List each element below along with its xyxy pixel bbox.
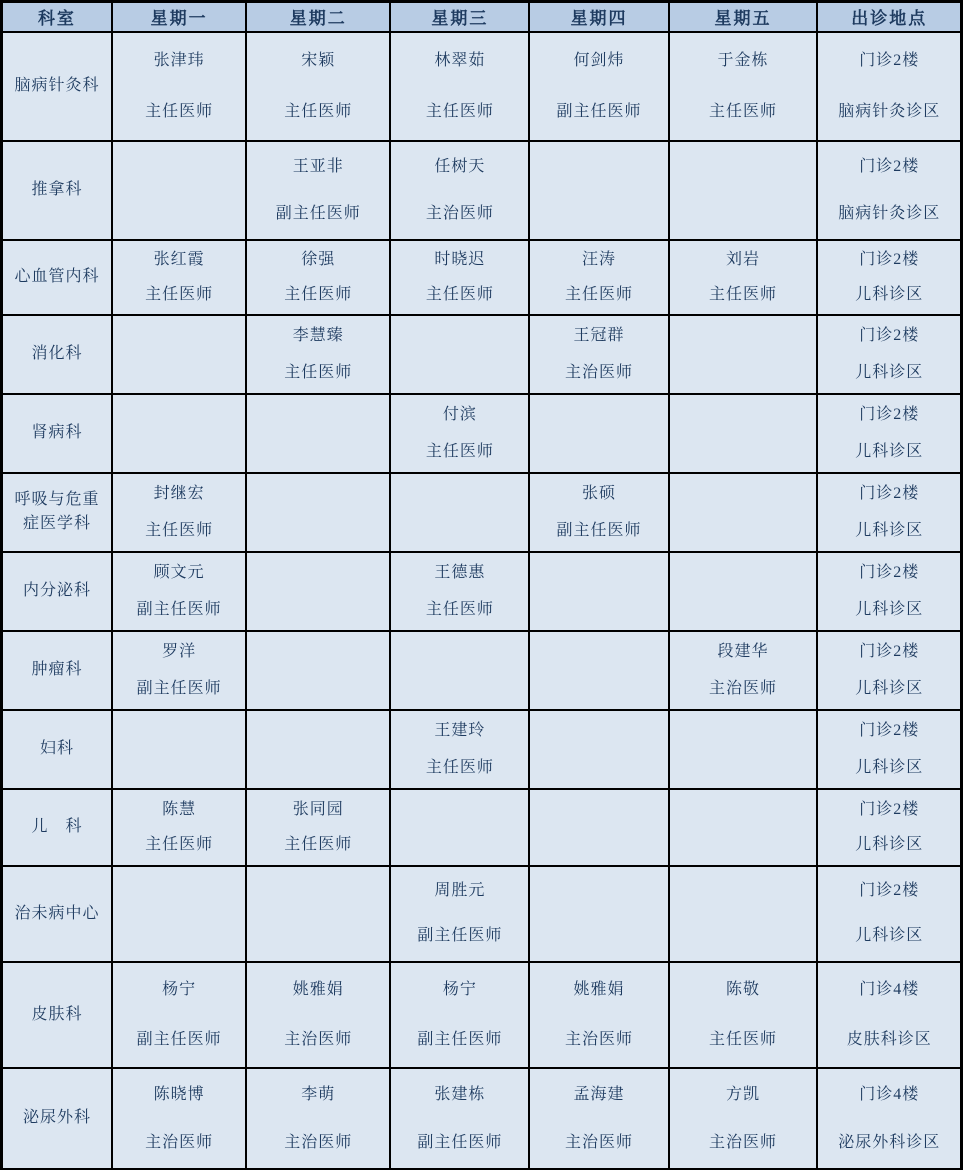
doctor-cell: 姚雅娟主治医师 [246,962,390,1068]
doctor-name: 王冠群 [574,326,625,345]
doctor-name: 张津玮 [154,51,205,70]
location-floor: 门诊2楼 [859,405,919,424]
doctor-title: 主任医师 [426,102,494,121]
doctor-cell: 周胜元副主任医师 [390,866,529,962]
table-row: 消化科李慧臻主任医师王冠群主治医师门诊2楼儿科诊区 [2,315,962,394]
dept-cell: 呼吸与危重症医学科 [2,473,112,552]
empty-cell [669,394,818,473]
doctor-cell: 杨宁副主任医师 [112,962,246,1068]
header-cell-wednesday: 星期三 [390,2,529,32]
doctor-title: 副主任医师 [276,204,361,223]
empty-cell [669,552,818,631]
location-area: 儿科诊区 [855,926,923,945]
table-row: 肿瘤科罗洋副主任医师段建华主治医师门诊2楼儿科诊区 [2,631,962,710]
doctor-cell: 刘岩主任医师 [669,240,818,315]
dept-label: 皮肤科 [3,1003,111,1027]
location-floor: 门诊4楼 [859,1085,919,1104]
table-row: 皮肤科杨宁副主任医师姚雅娟主治医师杨宁副主任医师姚雅娟主治医师陈敬主任医师门诊4… [2,962,962,1068]
location-cell: 门诊2楼儿科诊区 [817,552,961,631]
doctor-title: 主任医师 [145,835,213,854]
dept-cell: 儿 科 [2,789,112,866]
doctor-title: 副主任医师 [137,600,222,619]
doctor-title: 主治医师 [565,1133,633,1152]
dept-label: 儿 科 [3,815,111,839]
table-row: 脑病针灸科张津玮主任医师宋颖主任医师林翠茹主任医师何剑炜副主任医师于金栋主任医师… [2,32,962,141]
empty-cell [246,710,390,789]
doctor-name: 姚雅娟 [574,980,625,999]
empty-cell [390,631,529,710]
doctor-cell: 王德惠主任医师 [390,552,529,631]
header-row: 科室 星期一 星期二 星期三 星期四 星期五 出诊地点 [2,2,962,32]
doctor-cell: 王冠群主治医师 [529,315,668,394]
empty-cell [112,315,246,394]
doctor-cell: 李慧臻主任医师 [246,315,390,394]
doctor-cell: 徐强主任医师 [246,240,390,315]
empty-cell [669,710,818,789]
table-row: 呼吸与危重症医学科封继宏主任医师张硕副主任医师门诊2楼儿科诊区 [2,473,962,552]
empty-cell [529,789,668,866]
location-area: 儿科诊区 [855,285,923,304]
doctor-name: 李萌 [301,1085,335,1104]
doctor-cell: 王建玲主任医师 [390,710,529,789]
doctor-name: 王亚非 [293,157,344,176]
doctor-title: 主治医师 [284,1030,352,1049]
location-cell: 门诊2楼儿科诊区 [817,710,961,789]
doctor-name: 张红霞 [154,250,205,269]
dept-cell: 肾病科 [2,394,112,473]
doctor-cell: 王亚非副主任医师 [246,141,390,240]
header-cell-friday: 星期五 [669,2,818,32]
location-floor: 门诊2楼 [859,157,919,176]
doctor-title: 主治医师 [709,1133,777,1152]
dept-cell: 消化科 [2,315,112,394]
doctor-title: 主治医师 [565,1030,633,1049]
empty-cell [246,631,390,710]
doctor-title: 主任医师 [284,285,352,304]
doctor-title: 副主任医师 [137,679,222,698]
location-floor: 门诊2楼 [859,721,919,740]
location-cell: 门诊2楼儿科诊区 [817,240,961,315]
header-cell-monday: 星期一 [112,2,246,32]
doctor-title: 主治医师 [565,363,633,382]
location-floor: 门诊2楼 [859,250,919,269]
location-area: 脑病针灸诊区 [838,102,940,121]
location-floor: 门诊2楼 [859,881,919,900]
header-cell-thursday: 星期四 [529,2,668,32]
empty-cell [669,866,818,962]
doctor-name: 付滨 [443,405,477,424]
dept-cell: 推拿科 [2,141,112,240]
doctor-title: 主治医师 [145,1133,213,1152]
dept-label: 心血管内科 [3,265,111,289]
dept-cell: 皮肤科 [2,962,112,1068]
doctor-cell: 陈慧主任医师 [112,789,246,866]
doctor-cell: 林翠茹主任医师 [390,32,529,141]
dept-label: 泌尿外科 [3,1106,111,1130]
location-cell: 门诊2楼儿科诊区 [817,866,961,962]
location-cell: 门诊2楼脑病针灸诊区 [817,32,961,141]
doctor-cell: 何剑炜副主任医师 [529,32,668,141]
schedule-page: 科室 星期一 星期二 星期三 星期四 星期五 出诊地点 脑病针灸科张津玮主任医师… [0,0,965,1170]
doctor-title: 主任医师 [145,521,213,540]
doctor-title: 主任医师 [145,285,213,304]
location-area: 儿科诊区 [855,835,923,854]
doctor-cell: 张硕副主任医师 [529,473,668,552]
header-cell-location: 出诊地点 [817,2,961,32]
doctor-name: 李慧臻 [293,326,344,345]
doctor-title: 主任医师 [284,363,352,382]
doctor-title: 主任医师 [426,600,494,619]
dept-label: 消化科 [3,342,111,366]
table-row: 泌尿外科陈晓博主治医师李萌主治医师张建栋副主任医师孟海建主治医师方凯主治医师门诊… [2,1068,962,1170]
doctor-name: 杨宁 [443,980,477,999]
dept-cell: 脑病针灸科 [2,32,112,141]
doctor-name: 林翠茹 [434,51,485,70]
empty-cell [246,473,390,552]
location-cell: 门诊2楼儿科诊区 [817,394,961,473]
doctor-name: 王建玲 [434,721,485,740]
doctor-name: 罗洋 [162,642,196,661]
doctor-name: 任树天 [434,157,485,176]
doctor-name: 杨宁 [162,980,196,999]
empty-cell [246,552,390,631]
empty-cell [112,710,246,789]
doctor-cell: 宋颖主任医师 [246,32,390,141]
dept-label: 脑病针灸科 [3,74,111,98]
empty-cell [669,789,818,866]
empty-cell [669,315,818,394]
doctor-title: 主治医师 [709,679,777,698]
table-row: 推拿科王亚非副主任医师任树天主治医师门诊2楼脑病针灸诊区 [2,141,962,240]
location-area: 儿科诊区 [855,679,923,698]
doctor-title: 主任医师 [709,285,777,304]
location-area: 皮肤科诊区 [847,1030,932,1049]
doctor-cell: 姚雅娟主治医师 [529,962,668,1068]
location-floor: 门诊2楼 [859,484,919,503]
empty-cell [112,394,246,473]
table-row: 肾病科付滨主任医师门诊2楼儿科诊区 [2,394,962,473]
doctor-title: 副主任医师 [557,102,642,121]
doctor-name: 陈慧 [162,800,196,819]
location-floor: 门诊2楼 [859,51,919,70]
location-cell: 门诊2楼儿科诊区 [817,315,961,394]
doctor-cell: 陈敬主任医师 [669,962,818,1068]
empty-cell [112,141,246,240]
doctor-name: 宋颖 [301,51,335,70]
doctor-cell: 李萌主治医师 [246,1068,390,1170]
location-area: 儿科诊区 [855,442,923,461]
doctor-title: 主任医师 [426,285,494,304]
empty-cell [529,552,668,631]
empty-cell [390,473,529,552]
empty-cell [669,141,818,240]
doctor-title: 副主任医师 [417,1030,502,1049]
dept-label: 呼吸与危重症医学科 [3,488,111,536]
location-area: 儿科诊区 [855,600,923,619]
location-area: 儿科诊区 [855,363,923,382]
doctor-name: 孟海建 [574,1085,625,1104]
dept-label: 推拿科 [3,178,111,202]
dept-label: 肾病科 [3,421,111,445]
doctor-cell: 于金栋主任医师 [669,32,818,141]
doctor-title: 主任医师 [709,102,777,121]
doctor-name: 封继宏 [154,484,205,503]
doctor-name: 王德惠 [434,563,485,582]
dept-cell: 治未病中心 [2,866,112,962]
doctor-name: 张建栋 [434,1085,485,1104]
location-area: 泌尿外科诊区 [838,1133,940,1152]
table-row: 内分泌科顾文元副主任医师王德惠主任医师门诊2楼儿科诊区 [2,552,962,631]
doctor-title: 主任医师 [565,285,633,304]
empty-cell [112,866,246,962]
doctor-name: 张硕 [582,484,616,503]
location-floor: 门诊4楼 [859,980,919,999]
empty-cell [529,141,668,240]
location-floor: 门诊2楼 [859,563,919,582]
doctor-name: 刘岩 [726,250,760,269]
doctor-cell: 张红霞主任医师 [112,240,246,315]
location-area: 儿科诊区 [855,521,923,540]
dept-cell: 妇科 [2,710,112,789]
table-row: 妇科王建玲主任医师门诊2楼儿科诊区 [2,710,962,789]
doctor-name: 徐强 [301,250,335,269]
doctor-name: 汪涛 [582,250,616,269]
table-row: 治未病中心周胜元副主任医师门诊2楼儿科诊区 [2,866,962,962]
doctor-title: 主任医师 [426,442,494,461]
location-cell: 门诊2楼脑病针灸诊区 [817,141,961,240]
header-cell-dept: 科室 [2,2,112,32]
doctor-name: 时晓迟 [434,250,485,269]
location-area: 脑病针灸诊区 [838,204,940,223]
doctor-name: 于金栋 [718,51,769,70]
doctor-cell: 方凯主治医师 [669,1068,818,1170]
dept-label: 妇科 [3,737,111,761]
empty-cell [529,866,668,962]
location-area: 儿科诊区 [855,758,923,777]
doctor-cell: 陈晓博主治医师 [112,1068,246,1170]
doctor-name: 段建华 [718,642,769,661]
empty-cell [529,394,668,473]
doctor-title: 副主任医师 [417,926,502,945]
dept-label: 内分泌科 [3,579,111,603]
schedule-table: 科室 星期一 星期二 星期三 星期四 星期五 出诊地点 脑病针灸科张津玮主任医师… [0,0,963,1170]
dept-label: 治未病中心 [3,902,111,926]
table-row: 心血管内科张红霞主任医师徐强主任医师时晓迟主任医师汪涛主任医师刘岩主任医师门诊2… [2,240,962,315]
doctor-title: 主任医师 [709,1030,777,1049]
doctor-name: 顾文元 [154,563,205,582]
empty-cell [390,789,529,866]
empty-cell [246,866,390,962]
doctor-title: 主治医师 [284,1133,352,1152]
doctor-name: 姚雅娟 [293,980,344,999]
location-floor: 门诊2楼 [859,800,919,819]
doctor-title: 副主任医师 [137,1030,222,1049]
empty-cell [529,631,668,710]
doctor-title: 主治医师 [426,204,494,223]
doctor-cell: 罗洋副主任医师 [112,631,246,710]
doctor-name: 周胜元 [434,881,485,900]
header-cell-tuesday: 星期二 [246,2,390,32]
doctor-cell: 段建华主治医师 [669,631,818,710]
doctor-title: 副主任医师 [557,521,642,540]
doctor-cell: 任树天主治医师 [390,141,529,240]
doctor-cell: 孟海建主治医师 [529,1068,668,1170]
doctor-cell: 杨宁副主任医师 [390,962,529,1068]
empty-cell [246,394,390,473]
dept-cell: 内分泌科 [2,552,112,631]
doctor-title: 主任医师 [284,102,352,121]
location-cell: 门诊4楼泌尿外科诊区 [817,1068,961,1170]
location-cell: 门诊2楼儿科诊区 [817,631,961,710]
dept-cell: 肿瘤科 [2,631,112,710]
location-floor: 门诊2楼 [859,642,919,661]
doctor-title: 副主任医师 [417,1133,502,1152]
location-cell: 门诊2楼儿科诊区 [817,473,961,552]
doctor-name: 方凯 [726,1085,760,1104]
doctor-name: 陈敬 [726,980,760,999]
location-cell: 门诊4楼皮肤科诊区 [817,962,961,1068]
dept-cell: 泌尿外科 [2,1068,112,1170]
doctor-cell: 张建栋副主任医师 [390,1068,529,1170]
doctor-title: 主任医师 [426,758,494,777]
table-row: 儿 科陈慧主任医师张同园主任医师门诊2楼儿科诊区 [2,789,962,866]
doctor-cell: 张津玮主任医师 [112,32,246,141]
doctor-name: 何剑炜 [574,51,625,70]
doctor-title: 主任医师 [145,102,213,121]
doctor-name: 张同园 [293,800,344,819]
empty-cell [669,473,818,552]
doctor-title: 主任医师 [284,835,352,854]
dept-label: 肿瘤科 [3,658,111,682]
location-cell: 门诊2楼儿科诊区 [817,789,961,866]
doctor-cell: 汪涛主任医师 [529,240,668,315]
doctor-cell: 张同园主任医师 [246,789,390,866]
doctor-name: 陈晓博 [154,1085,205,1104]
doctor-cell: 付滨主任医师 [390,394,529,473]
dept-cell: 心血管内科 [2,240,112,315]
doctor-cell: 封继宏主任医师 [112,473,246,552]
location-floor: 门诊2楼 [859,326,919,345]
doctor-cell: 顾文元副主任医师 [112,552,246,631]
empty-cell [529,710,668,789]
doctor-cell: 时晓迟主任医师 [390,240,529,315]
empty-cell [390,315,529,394]
